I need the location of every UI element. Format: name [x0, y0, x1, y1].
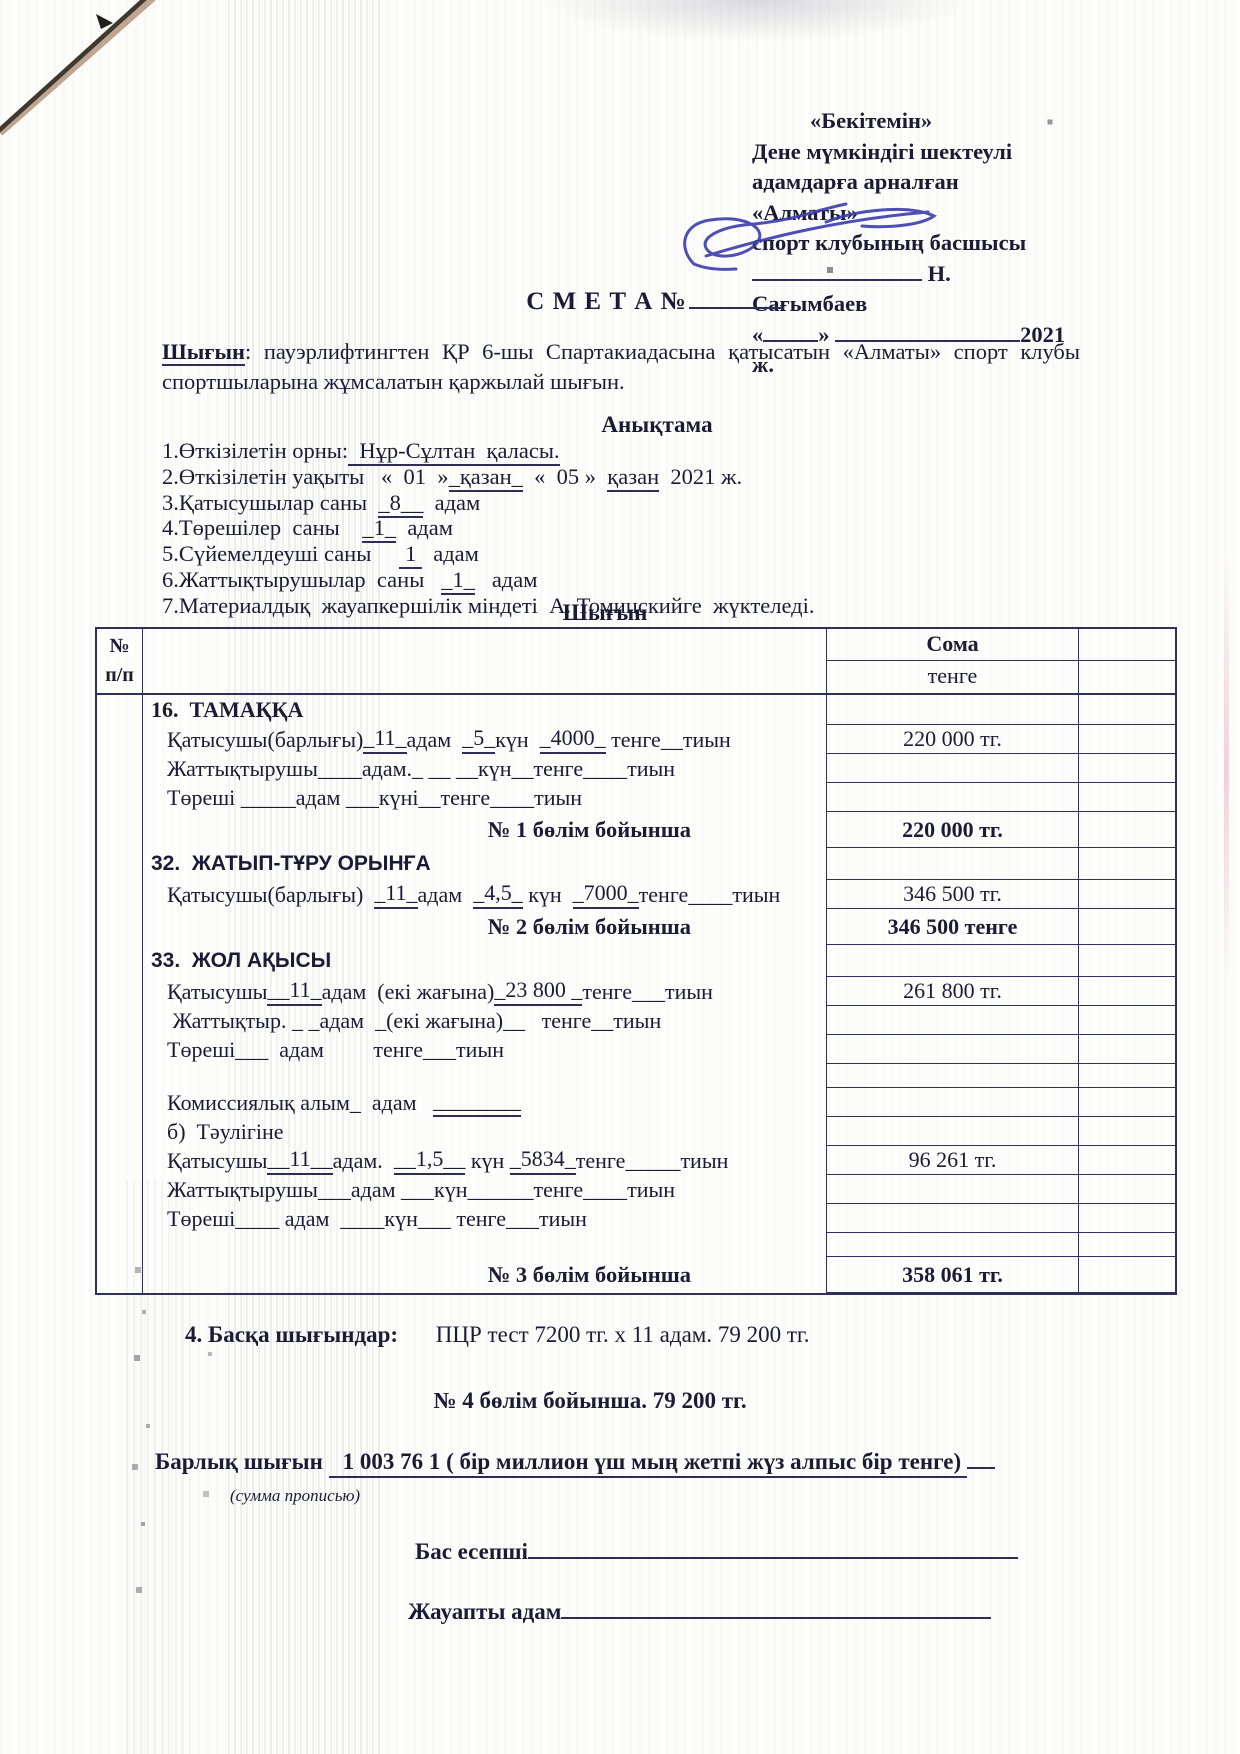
smeta-number-blank: [689, 287, 784, 309]
text-segment: Нұр-Сұлтан қаласы.: [348, 438, 559, 466]
row-number-cell: [97, 1117, 143, 1146]
row-amount-cell: [827, 945, 1079, 977]
text-segment: адам: [422, 541, 479, 566]
text-segment: адам: [407, 727, 463, 753]
column-number-line1: №: [97, 632, 142, 661]
row-number-cell: [97, 1257, 143, 1293]
row-amount-cell: 261 800 тг.: [827, 977, 1079, 1006]
table-row: Қатысушы(барлығы)_11_адам _5_күн _4000_ …: [97, 725, 1175, 754]
row-description-cell: Қатысушы__11_адам (екі жағына)_23 800 _т…: [143, 977, 827, 1006]
row-description-cell: Төреші___ адам тенге___тиын: [143, 1035, 827, 1064]
row-end-cell: [1079, 1088, 1175, 1117]
row-amount-cell: [827, 695, 1079, 725]
text-segment: күн: [465, 1148, 509, 1174]
row-description-cell: № 1 бөлім бойынша: [143, 812, 827, 848]
text-segment: 1: [399, 541, 422, 569]
text-segment: _5_: [462, 725, 495, 754]
row-end-cell: [1079, 1035, 1175, 1064]
text-segment: 5.Сүйемелдеуші саны: [162, 541, 399, 566]
row-description-cell: 33. ЖОЛ АҚЫСЫ: [143, 945, 827, 977]
row-end-cell: [1079, 1204, 1175, 1233]
other-expenses-text: ПЦР тест 7200 тг. х 11 адам. 79 200 тг.: [436, 1322, 810, 1347]
text-segment: тенге: [576, 1148, 626, 1174]
sum-in-words-note: (сумма прописью): [230, 1486, 360, 1506]
row-number-cell: [97, 695, 143, 725]
row-number-cell: [97, 909, 143, 945]
text-segment: 6.Жаттықтырушылар саны: [162, 567, 441, 592]
text-segment: __11__: [267, 1146, 332, 1175]
row-end-cell: [1079, 848, 1175, 880]
row-end-cell: [1079, 1006, 1175, 1035]
text-segment: 3.Қатысушылар саны: [162, 490, 378, 515]
column-description-header: [143, 629, 827, 693]
section4-total: № 4 бөлім бойынша. 79 200 тг.: [0, 1388, 1180, 1414]
row-end-cell: [1079, 812, 1175, 848]
text-segment: тиын: [680, 1148, 728, 1174]
row-end-cell: [1079, 945, 1175, 977]
text-segment: Қатысушы: [167, 1148, 267, 1174]
table-row: Комиссиялық алым_ адам ________: [97, 1088, 1175, 1117]
table-header-row: № п/п Сома тенге: [97, 629, 1175, 695]
chief-accountant-line: Бас есепші: [415, 1537, 1018, 1565]
responsible-person-blank: [561, 1597, 991, 1619]
text-segment: күн: [523, 882, 573, 908]
table-body: 16. ТАМАҚҚАҚатысушы(барлығы)_11_адам _5_…: [97, 695, 1175, 1293]
reference-item: 2.Өткізілетін уақыты « 01 »_қазан_ « 05 …: [162, 464, 815, 490]
text-segment: __11_: [267, 977, 321, 1006]
text-segment: ____: [688, 882, 732, 908]
text-segment: тиын: [665, 979, 713, 1005]
text-segment: 33. ЖОЛ АҚЫСЫ: [151, 949, 331, 973]
row-end-cell: [1079, 754, 1175, 783]
text-segment: Комиссиялық алым_ адам: [167, 1090, 433, 1116]
chief-accountant-blank: [528, 1537, 1018, 1559]
text-segment: Жаттықтырушы___адам ___күн______тенге___…: [167, 1177, 675, 1203]
reference-heading: Анықтама: [162, 412, 1152, 438]
text-segment: адам: [423, 490, 480, 515]
responsible-person-label: Жауапты адам: [408, 1599, 561, 1624]
table-row: Төреші _____адам ___күні__тенге____тиын: [97, 783, 1175, 812]
table-row: 16. ТАМАҚҚА: [97, 695, 1175, 725]
reference-item: 1.Өткізілетін орны: Нұр-Сұлтан қаласы.: [162, 438, 815, 464]
text-segment: адам: [396, 515, 453, 540]
table-row: Қатысушы(барлығы) _11_адам _4,5_ күн _70…: [97, 880, 1175, 909]
text-segment: _4000_: [540, 725, 606, 754]
expenses-table: № п/п Сома тенге 16. ТАМАҚҚАҚатысушы(бар…: [95, 627, 1177, 1295]
text-segment: 32. ЖАТЫП-ТҰРУ ОРЫНҒА: [151, 852, 431, 876]
row-end-cell: [1079, 1257, 1175, 1293]
text-segment: _1_: [441, 567, 475, 595]
text-segment: тиын: [732, 882, 780, 908]
row-description-cell: Қатысушы(барлығы) _11_адам _4,5_ күн _70…: [143, 880, 827, 909]
approval-stamp: «Бекітемін»: [752, 106, 1068, 137]
table-row: 32. ЖАТЫП-ТҰРУ ОРЫНҒА: [97, 848, 1175, 880]
table-row: № 1 бөлім бойынша220 000 тг.: [97, 812, 1175, 848]
row-amount-cell: [827, 754, 1079, 783]
text-segment: 1.Өткізілетін орны:: [162, 438, 348, 463]
grand-total-value: 1 003 76 1 ( бір миллион үш мың жетпі жү…: [329, 1449, 968, 1478]
table-row: Жаттықтырушы___адам ___күн______тенге___…: [97, 1175, 1175, 1204]
table-row: б) Тәулігіне: [97, 1117, 1175, 1146]
row-description-cell: [143, 1233, 827, 1257]
text-segment: Қатысушы(барлығы): [167, 727, 363, 753]
text-segment: _5834_: [510, 1146, 576, 1175]
row-amount-cell: [827, 783, 1079, 812]
row-amount-cell: [827, 1006, 1079, 1035]
column-end-header-bottom: [1079, 661, 1175, 693]
text-segment: қазан: [607, 464, 659, 492]
row-number-cell: [97, 1035, 143, 1064]
row-end-cell: [1079, 1175, 1175, 1204]
text-segment: күн: [495, 727, 539, 753]
text-segment: 2.Өткізілетін уақыты « 01 »: [162, 464, 449, 489]
row-amount-cell: [827, 1088, 1079, 1117]
reference-item: 6.Жаттықтырушылар саны _1_ адам: [162, 567, 815, 593]
text-segment: _11_: [374, 880, 417, 909]
row-number-cell: [97, 1064, 143, 1088]
text-segment: Қатысушы: [167, 979, 267, 1005]
table-row: 33. ЖОЛ АҚЫСЫ: [97, 945, 1175, 977]
row-number-cell: [97, 1006, 143, 1035]
corner-pen-artifact: [0, 0, 160, 150]
intro-text: : пауэрлифтингтен ҚР 6-шы Спартакиадасын…: [162, 339, 1080, 394]
other-expenses-line: 4. Басқа шығындар: ПЦР тест 7200 тг. х 1…: [185, 1322, 810, 1348]
row-amount-cell: 220 000 тг.: [827, 725, 1079, 754]
row-number-cell: [97, 725, 143, 754]
row-description-cell: Төреші _____адам ___күні__тенге____тиын: [143, 783, 827, 812]
row-amount-cell: [827, 1064, 1079, 1088]
column-number-header: № п/п: [97, 629, 143, 693]
text-segment: 4.Төрешілер саны: [162, 515, 362, 540]
text-segment: « 05 »: [523, 464, 607, 489]
row-description-cell: 16. ТАМАҚҚА: [143, 695, 827, 725]
row-number-cell: [97, 1233, 143, 1257]
text-segment: ________: [433, 1088, 521, 1117]
handwritten-signature: [676, 186, 948, 280]
row-end-cell: [1079, 880, 1175, 909]
row-description-cell: [143, 1064, 827, 1088]
row-number-cell: [97, 1088, 143, 1117]
row-end-cell: [1079, 725, 1175, 754]
row-amount-cell: [827, 1204, 1079, 1233]
row-number-cell: [97, 848, 143, 880]
text-segment: тенге: [606, 727, 661, 753]
row-end-cell: [1079, 1146, 1175, 1175]
table-row: Төреші____ адам ____күн___ тенге___тиын: [97, 1204, 1175, 1233]
table-row: № 2 бөлім бойынша346 500 тенге: [97, 909, 1175, 945]
grand-total-label: Барлық шығын: [155, 1449, 323, 1474]
row-amount-cell: 346 500 тг.: [827, 880, 1079, 909]
row-amount-cell: 358 061 тг.: [827, 1257, 1079, 1293]
text-segment: _8__: [378, 490, 423, 518]
document-title: С М Е Т А №: [70, 287, 1240, 316]
text-segment: _____: [625, 1148, 680, 1174]
scan-color-streak: [1224, 555, 1229, 985]
text-segment: № 3 бөлім бойынша: [488, 1262, 691, 1288]
table-row: № 3 бөлім бойынша358 061 тг.: [97, 1257, 1175, 1293]
text-segment: 2021 ж.: [659, 464, 742, 489]
text-segment: 16. ТАМАҚҚА: [151, 697, 303, 723]
row-description-cell: Қатысушы(барлығы)_11_адам _5_күн _4000_ …: [143, 725, 827, 754]
column-end-header-top: [1079, 629, 1175, 661]
column-number-line2: п/п: [97, 661, 142, 690]
row-number-cell: [97, 1175, 143, 1204]
table-row: [97, 1233, 1175, 1257]
text-segment: б) Тәулігіне: [167, 1119, 284, 1145]
row-number-cell: [97, 1146, 143, 1175]
row-end-cell: [1079, 1064, 1175, 1088]
table-row: [97, 1064, 1175, 1088]
row-description-cell: 32. ЖАТЫП-ТҰРУ ОРЫНҒА: [143, 848, 827, 880]
row-end-cell: [1079, 977, 1175, 1006]
text-segment: _11_: [363, 725, 406, 754]
expenses-heading: Шығын: [95, 600, 1115, 626]
row-amount-cell: [827, 1175, 1079, 1204]
scan-smudge: [540, 0, 970, 42]
row-number-cell: [97, 945, 143, 977]
column-currency-header: тенге: [827, 661, 1079, 693]
responsible-person-line: Жауапты адам: [408, 1597, 991, 1625]
grand-total-tail-blank: [967, 1447, 995, 1469]
row-amount-cell: 220 000 тг.: [827, 812, 1079, 848]
row-description-cell: Төреші____ адам ____күн___ тенге___тиын: [143, 1204, 827, 1233]
text-segment: ___: [632, 979, 665, 1005]
row-number-cell: [97, 1204, 143, 1233]
text-segment: _4,5_: [473, 880, 523, 909]
table-row: Жаттықтырушы____адам._ __ __күн__тенге__…: [97, 754, 1175, 783]
reference-item: 3.Қатысушылар саны _8__ адам: [162, 490, 815, 516]
document-title-text: С М Е Т А №: [526, 288, 686, 315]
row-description-cell: Комиссиялық алым_ адам ________: [143, 1088, 827, 1117]
text-segment: Төреші _____адам ___күні__тенге____тиын: [167, 785, 582, 811]
scanned-document-page: «Бекітемін» Дене мүмкіндігі шектеулі ада…: [0, 0, 1240, 1754]
text-segment: _1_: [362, 515, 396, 543]
text-segment: адам (екі жағына): [322, 979, 495, 1005]
reference-item: 4.Төрешілер саны _1_ адам: [162, 515, 815, 541]
text-segment: _7000_: [573, 880, 639, 909]
row-amount-cell: [827, 848, 1079, 880]
intro-label: Шығын: [162, 339, 245, 366]
row-end-cell: [1079, 909, 1175, 945]
row-description-cell: б) Тәулігіне: [143, 1117, 827, 1146]
row-end-cell: [1079, 1233, 1175, 1257]
row-end-cell: [1079, 695, 1175, 725]
text-segment: адам: [418, 882, 474, 908]
other-expenses-label: 4. Басқа шығындар:: [185, 1322, 398, 1347]
table-row: Жаттықтыр. _ _адам _(екі жағына)__ тенге…: [97, 1006, 1175, 1035]
row-amount-cell: [827, 1117, 1079, 1146]
row-end-cell: [1079, 1117, 1175, 1146]
table-row: Қатысушы__11_адам (екі жағына)_23 800 _т…: [97, 977, 1175, 1006]
table-row: Қатысушы__11__адам. __1,5__ күн _5834_те…: [97, 1146, 1175, 1175]
row-amount-cell: 346 500 тенге: [827, 909, 1079, 945]
text-segment: Жаттықтыр. _ _адам _(екі жағына)__ тенге…: [167, 1008, 661, 1034]
text-segment: адам.: [333, 1148, 394, 1174]
row-description-cell: Жаттықтырушы___адам ___күн______тенге___…: [143, 1175, 827, 1204]
grand-total-line: Барлық шығын 1 003 76 1 ( бір миллион үш…: [155, 1447, 995, 1475]
reference-list: 1.Өткізілетін орны: Нұр-Сұлтан қаласы.2.…: [162, 438, 815, 619]
text-segment: __: [661, 727, 683, 753]
row-description-cell: Қатысушы__11__адам. __1,5__ күн _5834_те…: [143, 1146, 827, 1175]
row-amount-cell: [827, 1035, 1079, 1064]
row-number-cell: [97, 880, 143, 909]
text-segment: Қатысушы(барлығы): [167, 882, 374, 908]
column-sum-header: Сома: [827, 629, 1079, 661]
row-number-cell: [97, 812, 143, 848]
text-segment: № 2 бөлім бойынша: [488, 914, 691, 940]
text-segment: Төреші___ адам тенге___тиын: [167, 1037, 504, 1063]
row-description-cell: № 2 бөлім бойынша: [143, 909, 827, 945]
row-amount-cell: [827, 1233, 1079, 1257]
text-segment: адам: [475, 567, 538, 592]
row-number-cell: [97, 783, 143, 812]
text-segment: _қазан_: [449, 464, 523, 492]
chief-accountant-label: Бас есепші: [415, 1539, 528, 1564]
row-description-cell: № 3 бөлім бойынша: [143, 1257, 827, 1293]
text-segment: № 1 бөлім бойынша: [488, 817, 691, 843]
row-description-cell: Жаттықтыр. _ _адам _(екі жағына)__ тенге…: [143, 1006, 827, 1035]
row-amount-cell: 96 261 тг.: [827, 1146, 1079, 1175]
text-segment: Жаттықтырушы____адам._ __ __күн__тенге__…: [167, 756, 675, 782]
row-end-cell: [1079, 783, 1175, 812]
row-number-cell: [97, 977, 143, 1006]
text-segment: Төреші____ адам ____күн___ тенге___тиын: [167, 1206, 587, 1232]
reference-item: 5.Сүйемелдеуші саны 1 адам: [162, 541, 815, 567]
text-segment: __1,5__: [394, 1146, 466, 1175]
table-row: Төреші___ адам тенге___тиын: [97, 1035, 1175, 1064]
row-description-cell: Жаттықтырушы____адам._ __ __күн__тенге__…: [143, 754, 827, 783]
intro-paragraph: Шығын: пауэрлифтингтен ҚР 6-шы Спартакиа…: [162, 337, 1080, 397]
row-number-cell: [97, 754, 143, 783]
text-segment: тиын: [683, 727, 731, 753]
text-segment: тенге: [639, 882, 689, 908]
text-segment: _23 800 _: [494, 977, 582, 1006]
approval-org-line-1: Дене мүмкіндігі шектеулі: [752, 137, 1068, 168]
text-segment: тенге: [582, 979, 632, 1005]
